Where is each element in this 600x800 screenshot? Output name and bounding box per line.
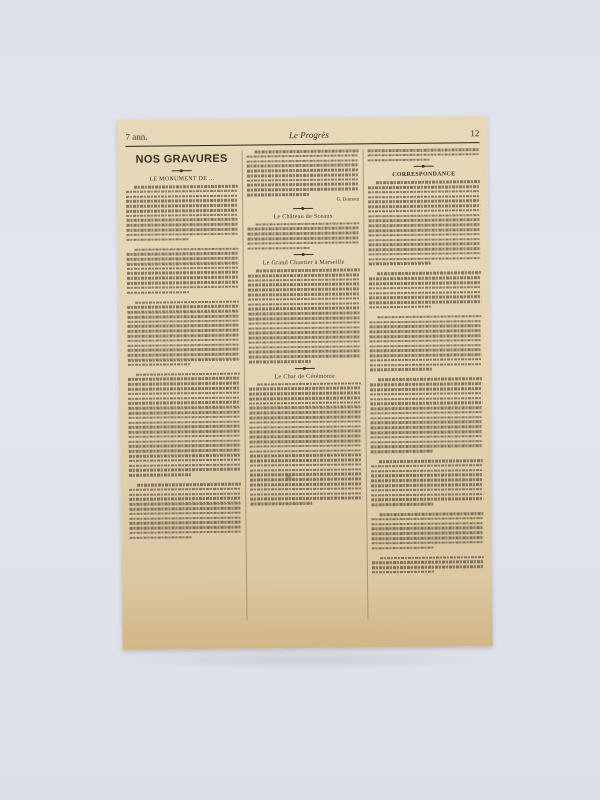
text-line xyxy=(247,193,309,196)
text-line xyxy=(250,439,362,443)
text-line xyxy=(250,463,362,467)
text-line xyxy=(128,425,240,429)
text-line xyxy=(128,415,240,419)
text-line xyxy=(249,396,361,400)
text-line xyxy=(247,173,359,177)
text-line xyxy=(128,348,240,352)
text-line xyxy=(371,440,483,444)
section-heading: Le Char de Cérémonie xyxy=(249,373,361,380)
text-line xyxy=(250,473,362,477)
text-line xyxy=(370,401,482,405)
text-line xyxy=(250,444,362,448)
text-line xyxy=(126,189,238,193)
text-line xyxy=(130,531,242,535)
text-line xyxy=(369,252,481,256)
text-line xyxy=(128,406,240,410)
text-line xyxy=(379,459,483,463)
text-line xyxy=(247,232,359,236)
page-header: 7 ann. Le Progrès 12 xyxy=(125,126,479,147)
text-line xyxy=(372,527,484,531)
text-line xyxy=(128,391,240,395)
paper-stain xyxy=(286,474,292,480)
text-line xyxy=(248,326,360,330)
text-line xyxy=(250,502,312,505)
text-line xyxy=(371,483,483,487)
text-line xyxy=(372,536,484,540)
text-line xyxy=(128,353,240,357)
text-line xyxy=(371,497,483,501)
text-line xyxy=(368,228,480,232)
text-line xyxy=(368,185,480,189)
text-line xyxy=(368,214,480,218)
text-line xyxy=(370,344,482,348)
text-line xyxy=(255,149,359,153)
text-line xyxy=(126,233,238,237)
text-line xyxy=(371,469,483,473)
text-line xyxy=(377,272,481,276)
text-line xyxy=(250,449,362,453)
text-line xyxy=(129,521,241,525)
text-line xyxy=(371,517,483,521)
text-line xyxy=(127,281,239,285)
text-line xyxy=(249,360,311,363)
text-line xyxy=(137,483,241,487)
text-line xyxy=(371,522,483,526)
text-line xyxy=(371,474,483,478)
text-line xyxy=(379,512,483,516)
text-line xyxy=(369,300,481,304)
text-line xyxy=(128,420,240,424)
text-line xyxy=(370,425,482,429)
text-line xyxy=(369,276,481,280)
text-line xyxy=(127,319,239,323)
text-line xyxy=(368,223,480,227)
text-line xyxy=(250,468,362,472)
text-line xyxy=(372,560,484,564)
text-line xyxy=(129,468,241,472)
text-line xyxy=(247,178,359,182)
text-line xyxy=(377,315,481,319)
article-subhead: LE MONUMENT DE ... xyxy=(126,176,238,183)
text-line xyxy=(380,556,484,560)
text-line xyxy=(250,454,362,458)
text-line xyxy=(247,169,359,173)
text-line xyxy=(127,334,239,338)
text-line xyxy=(129,516,241,520)
text-line xyxy=(248,307,360,311)
text-line xyxy=(248,283,360,287)
text-line xyxy=(126,223,238,227)
text-line xyxy=(368,209,480,213)
text-line xyxy=(248,241,360,245)
divider xyxy=(172,170,192,171)
text-line xyxy=(370,353,482,357)
text-line xyxy=(129,497,241,501)
text-line xyxy=(248,278,360,282)
text-line xyxy=(369,325,481,329)
text-line xyxy=(249,411,361,415)
text-line xyxy=(134,185,238,189)
text-line xyxy=(126,213,238,217)
text-line xyxy=(370,421,482,425)
text-line xyxy=(128,401,240,405)
text-line xyxy=(247,227,359,231)
text-line xyxy=(248,246,310,249)
text-line xyxy=(369,262,431,265)
text-line xyxy=(370,411,482,415)
header-issue: 7 ann. xyxy=(125,132,147,142)
text-line xyxy=(249,430,361,434)
text-line xyxy=(249,392,361,396)
text-line xyxy=(369,281,481,285)
text-line xyxy=(370,397,482,401)
text-line xyxy=(371,503,433,506)
text-line xyxy=(370,368,432,371)
text-line xyxy=(129,439,241,443)
text-line xyxy=(368,233,480,237)
table-shadow xyxy=(110,650,500,670)
text-line xyxy=(247,154,359,158)
text-line xyxy=(371,450,433,453)
text-line xyxy=(250,478,362,482)
text-line xyxy=(376,180,480,184)
text-line xyxy=(128,358,240,362)
text-line xyxy=(369,291,481,295)
text-line xyxy=(371,464,483,468)
text-line xyxy=(129,463,241,467)
column-2-body: G. DumontLe Château de SceauxLe Grand Ch… xyxy=(247,149,363,505)
text-line xyxy=(247,183,359,187)
text-line xyxy=(369,286,481,290)
text-line xyxy=(129,526,241,530)
text-line xyxy=(368,153,480,157)
text-line xyxy=(248,302,360,306)
text-line xyxy=(126,218,238,222)
text-line xyxy=(250,482,362,486)
text-line xyxy=(129,454,241,458)
text-line xyxy=(368,195,480,199)
article-body xyxy=(126,185,242,539)
text-line xyxy=(249,425,361,429)
text-line xyxy=(370,382,482,386)
text-line xyxy=(248,316,360,320)
text-line xyxy=(130,536,192,539)
column-3-intro xyxy=(368,148,480,161)
text-line xyxy=(128,363,190,366)
text-line xyxy=(369,257,481,261)
text-line xyxy=(370,387,482,391)
text-line xyxy=(127,291,189,294)
text-line xyxy=(249,406,361,410)
divider xyxy=(293,208,313,209)
text-line xyxy=(255,222,359,226)
text-line xyxy=(249,387,361,391)
header-page-number: 12 xyxy=(470,128,479,138)
text-line xyxy=(128,411,240,415)
text-line xyxy=(248,321,360,325)
text-line xyxy=(247,188,359,192)
text-line xyxy=(129,458,241,462)
text-line xyxy=(129,444,241,448)
text-line xyxy=(248,312,360,316)
text-line xyxy=(369,329,481,333)
newspaper-page: 7 ann. Le Progrès 12 NOS GRAVURES LE MON… xyxy=(117,116,493,650)
text-line xyxy=(127,310,239,314)
text-line xyxy=(129,502,241,506)
text-line xyxy=(247,164,359,168)
text-line xyxy=(247,236,359,240)
text-line xyxy=(127,257,239,261)
text-line xyxy=(129,511,241,515)
text-line xyxy=(127,271,239,275)
header-masthead: Le Progrès xyxy=(289,130,329,140)
text-line xyxy=(250,497,362,501)
divider xyxy=(294,254,314,255)
text-line xyxy=(129,492,241,496)
text-line xyxy=(257,382,361,386)
text-line xyxy=(126,204,238,208)
text-line xyxy=(248,292,360,296)
text-line xyxy=(372,531,484,535)
text-line xyxy=(249,415,361,419)
signature: G. Dumont xyxy=(247,197,359,203)
text-line xyxy=(248,297,360,301)
text-line xyxy=(250,487,362,491)
text-line xyxy=(250,492,362,496)
text-line xyxy=(372,571,434,574)
text-line xyxy=(249,420,361,424)
text-line xyxy=(126,238,188,241)
text-line xyxy=(127,252,239,256)
text-line xyxy=(128,338,240,342)
text-line xyxy=(369,242,481,246)
text-line xyxy=(127,315,239,319)
text-line xyxy=(371,493,483,497)
column-2: G. DumontLe Château de SceauxLe Grand Ch… xyxy=(247,149,364,628)
text-line xyxy=(370,406,482,410)
text-line xyxy=(369,247,481,251)
text-line xyxy=(249,345,361,349)
text-line xyxy=(127,329,239,333)
text-line xyxy=(249,350,361,354)
text-line xyxy=(368,219,480,223)
text-line xyxy=(248,273,360,277)
text-line xyxy=(248,331,360,335)
text-line xyxy=(249,355,361,359)
text-line xyxy=(370,358,482,362)
text-line xyxy=(127,266,239,270)
text-line xyxy=(128,396,240,400)
text-line xyxy=(249,401,361,405)
text-line xyxy=(256,269,360,273)
divider xyxy=(414,166,434,167)
text-line xyxy=(371,430,483,434)
text-line xyxy=(370,348,482,352)
text-line xyxy=(129,473,191,476)
text-line xyxy=(368,190,480,194)
text-line xyxy=(126,194,238,198)
text-line xyxy=(368,199,480,203)
text-line xyxy=(371,478,483,482)
text-line xyxy=(250,435,362,439)
text-line xyxy=(369,306,431,309)
text-line xyxy=(378,378,482,382)
text-line xyxy=(249,335,361,339)
text-line xyxy=(127,285,239,289)
text-line xyxy=(368,204,480,208)
text-line xyxy=(369,320,481,324)
text-line xyxy=(372,565,484,569)
text-line xyxy=(370,339,482,343)
text-line xyxy=(371,435,483,439)
text-line xyxy=(368,148,480,152)
column-3: CORRESPONDANCE xyxy=(368,148,485,627)
correspondence-body xyxy=(368,180,484,573)
section-heading: Le Château de Sceaux xyxy=(247,213,359,220)
text-line xyxy=(371,444,483,448)
text-line xyxy=(370,363,482,367)
text-line xyxy=(127,324,239,328)
text-line xyxy=(250,458,362,462)
text-line xyxy=(128,382,240,386)
text-line xyxy=(128,377,240,381)
text-line xyxy=(127,262,239,266)
text-line xyxy=(126,228,238,232)
text-line xyxy=(136,372,240,376)
text-line xyxy=(372,541,484,545)
text-line xyxy=(368,238,480,242)
text-line xyxy=(128,387,240,391)
section-heading: Le Grand Chantier à Marseille xyxy=(248,260,360,267)
text-line xyxy=(127,305,239,309)
article-title: NOS GRAVURES xyxy=(126,153,238,166)
text-line xyxy=(129,435,241,439)
text-line xyxy=(129,507,241,511)
text-line xyxy=(368,158,430,161)
section-heading: CORRESPONDANCE xyxy=(368,171,480,178)
text-line xyxy=(129,449,241,453)
text-line xyxy=(129,488,241,492)
text-line xyxy=(128,343,240,347)
text-line xyxy=(135,247,239,251)
text-line xyxy=(128,430,240,434)
divider xyxy=(295,367,315,368)
text-line xyxy=(127,276,239,280)
text-line xyxy=(370,416,482,420)
text-line xyxy=(135,300,239,304)
text-line xyxy=(248,288,360,292)
text-line xyxy=(247,159,359,163)
text-line xyxy=(372,546,434,549)
text-line xyxy=(371,488,483,492)
text-line xyxy=(370,392,482,396)
text-line xyxy=(369,295,481,299)
column-1: NOS GRAVURES LE MONUMENT DE ... xyxy=(126,151,243,630)
text-line xyxy=(126,199,238,203)
text-line xyxy=(126,209,238,213)
text-line xyxy=(370,334,482,338)
text-line xyxy=(249,340,361,344)
